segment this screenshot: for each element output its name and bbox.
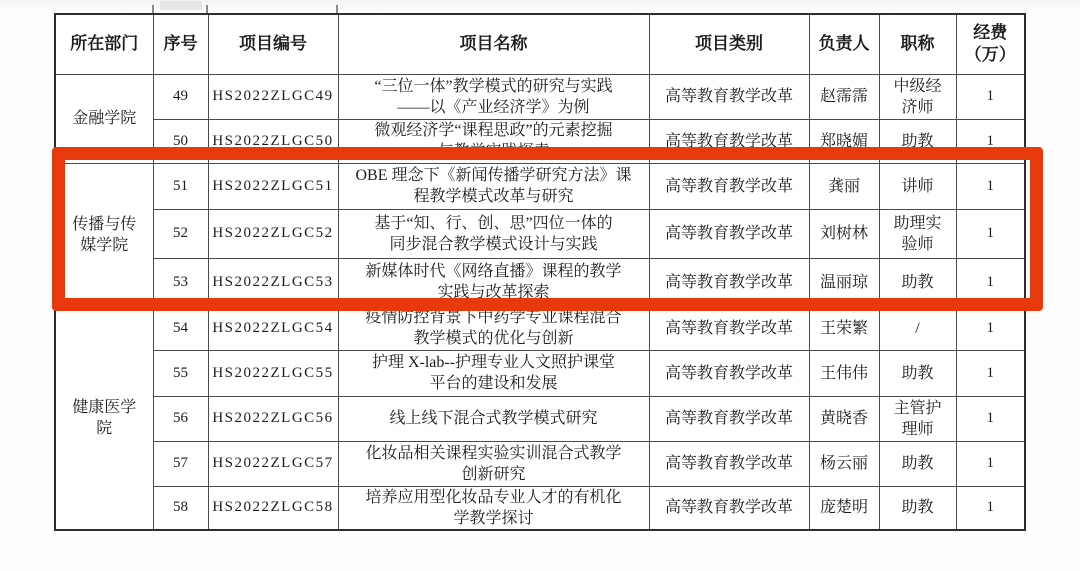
table-row: 52 HS2022ZLGC52 基于“知、行、创、思”四位一体的 同步混合教学模… [55, 209, 1025, 258]
cell-department: 传播与传 媒学院 [55, 163, 153, 306]
column-header-department: 所在部门 [55, 14, 153, 74]
cell-fund: 1 [956, 163, 1025, 209]
cell-title: 中级经 济师 [879, 74, 956, 119]
cell-code: HS2022ZLGC55 [208, 350, 338, 396]
cell-no: 51 [153, 163, 208, 209]
cell-name: 疫情防控背景下中药学专业课程混合 教学模式的优化与创新 [338, 306, 649, 350]
cell-code: HS2022ZLGC53 [208, 258, 338, 306]
table-row: 55 HS2022ZLGC55 护理 X-lab--护理专业人文照护课堂 平台的… [55, 350, 1025, 396]
column-header-category: 项目类别 [649, 14, 809, 74]
cell-code: HS2022ZLGC52 [208, 209, 338, 258]
cell-title: 助教 [879, 486, 956, 530]
cell-leader: 王荣繁 [809, 306, 879, 350]
cell-category: 高等教育教学改革 [649, 306, 809, 350]
cell-name: 新媒体时代《网络直播》课程的教学 实践与改革探索 [338, 258, 649, 306]
cell-category: 高等教育教学改革 [649, 441, 809, 486]
cell-code: HS2022ZLGC49 [208, 74, 338, 119]
cell-fund: 1 [956, 209, 1025, 258]
column-header-code: 项目编号 [208, 14, 338, 74]
cell-department: 金融学院 [55, 74, 153, 163]
column-header-name: 项目名称 [338, 14, 649, 74]
table-row: 传播与传 媒学院 51 HS2022ZLGC51 OBE 理念下《新闻传播学研究… [55, 163, 1025, 209]
page-root: 所在部门 序号 项目编号 项目名称 项目类别 负责人 职称 经费 （万） 金融学… [0, 0, 1080, 571]
table-row: 健康医学 院 54 HS2022ZLGC54 疫情防控背景下中药学专业课程混合 … [55, 306, 1025, 350]
cell-title: 助教 [879, 119, 956, 163]
projects-table: 所在部门 序号 项目编号 项目名称 项目类别 负责人 职称 经费 （万） 金融学… [54, 13, 1026, 531]
table-row: 50 HS2022ZLGC50 微观经济学“课程思政”的元素挖掘 与教学实践探索… [55, 119, 1025, 163]
cell-fund: 1 [956, 258, 1025, 306]
header-row: 所在部门 序号 项目编号 项目名称 项目类别 负责人 职称 经费 （万） [55, 14, 1025, 74]
cell-category: 高等教育教学改革 [649, 396, 809, 441]
cell-no: 55 [153, 350, 208, 396]
cell-code: HS2022ZLGC57 [208, 441, 338, 486]
cropped-grid-stub [206, 5, 208, 13]
cell-fund: 1 [956, 441, 1025, 486]
cell-leader: 王伟伟 [809, 350, 879, 396]
cell-leader: 刘树林 [809, 209, 879, 258]
cell-category: 高等教育教学改革 [649, 258, 809, 306]
cell-category: 高等教育教学改革 [649, 209, 809, 258]
cell-department: 健康医学 院 [55, 306, 153, 530]
cell-category: 高等教育教学改革 [649, 119, 809, 163]
column-header-no: 序号 [153, 14, 208, 74]
cell-title: 助教 [879, 350, 956, 396]
cell-title: 助教 [879, 441, 956, 486]
cell-leader: 庞楚明 [809, 486, 879, 530]
table-row: 58 HS2022ZLGC58 培养应用型化妆品专业人才的有机化 学教学探讨 高… [55, 486, 1025, 530]
cell-fund: 1 [956, 350, 1025, 396]
table-row: 金融学院 49 HS2022ZLGC49 “三位一体”教学模式的研究与实践 ——… [55, 74, 1025, 119]
cell-code: HS2022ZLGC58 [208, 486, 338, 530]
cell-code: HS2022ZLGC54 [208, 306, 338, 350]
cell-fund: 1 [956, 74, 1025, 119]
cell-code: HS2022ZLGC56 [208, 396, 338, 441]
cropped-grid-stub [152, 5, 154, 13]
cell-fund: 1 [956, 306, 1025, 350]
cell-category: 高等教育教学改革 [649, 350, 809, 396]
cell-no: 53 [153, 258, 208, 306]
table-row: 56 HS2022ZLGC56 线上线下混合式教学模式研究 高等教育教学改革 黄… [55, 396, 1025, 441]
cell-name: OBE 理念下《新闻传播学研究方法》课 程教学模式改革与研究 [338, 163, 649, 209]
cell-no: 56 [153, 396, 208, 441]
cell-no: 54 [153, 306, 208, 350]
cell-category: 高等教育教学改革 [649, 74, 809, 119]
cell-title: 主管护 理师 [879, 396, 956, 441]
cell-leader: 杨云丽 [809, 441, 879, 486]
table-row: 57 HS2022ZLGC57 化妆品相关课程实验实训混合式教学 创新研究 高等… [55, 441, 1025, 486]
cell-name: 线上线下混合式教学模式研究 [338, 396, 649, 441]
column-header-fund: 经费 （万） [956, 14, 1025, 74]
cell-no: 57 [153, 441, 208, 486]
cell-title: 讲师 [879, 163, 956, 209]
cell-title: 助理实 验师 [879, 209, 956, 258]
cell-leader: 龚丽 [809, 163, 879, 209]
cell-no: 58 [153, 486, 208, 530]
cell-name: 护理 X-lab--护理专业人文照护课堂 平台的建设和发展 [338, 350, 649, 396]
table-row: 53 HS2022ZLGC53 新媒体时代《网络直播》课程的教学 实践与改革探索… [55, 258, 1025, 306]
cell-leader: 温丽琼 [809, 258, 879, 306]
cell-name: 化妆品相关课程实验实训混合式教学 创新研究 [338, 441, 649, 486]
cell-category: 高等教育教学改革 [649, 486, 809, 530]
cell-title: 助教 [879, 258, 956, 306]
cropped-row-remnant [160, 1, 202, 10]
column-header-title: 职称 [879, 14, 956, 74]
cell-name: 培养应用型化妆品专业人才的有机化 学教学探讨 [338, 486, 649, 530]
cell-code: HS2022ZLGC51 [208, 163, 338, 209]
cell-no: 52 [153, 209, 208, 258]
cell-fund: 1 [956, 486, 1025, 530]
cropped-grid-stub [336, 5, 338, 13]
cell-leader: 赵霈霈 [809, 74, 879, 119]
cell-leader: 郑晓媚 [809, 119, 879, 163]
cell-name: 微观经济学“课程思政”的元素挖掘 与教学实践探索 [338, 119, 649, 163]
column-header-leader: 负责人 [809, 14, 879, 74]
cell-name: “三位一体”教学模式的研究与实践 ——以《产业经济学》为例 [338, 74, 649, 119]
cell-no: 49 [153, 74, 208, 119]
cell-fund: 1 [956, 396, 1025, 441]
cell-no: 50 [153, 119, 208, 163]
cell-leader: 黄晓香 [809, 396, 879, 441]
cell-name: 基于“知、行、创、思”四位一体的 同步混合教学模式设计与实践 [338, 209, 649, 258]
cell-fund: 1 [956, 119, 1025, 163]
cell-code: HS2022ZLGC50 [208, 119, 338, 163]
cell-title: / [879, 306, 956, 350]
cell-category: 高等教育教学改革 [649, 163, 809, 209]
